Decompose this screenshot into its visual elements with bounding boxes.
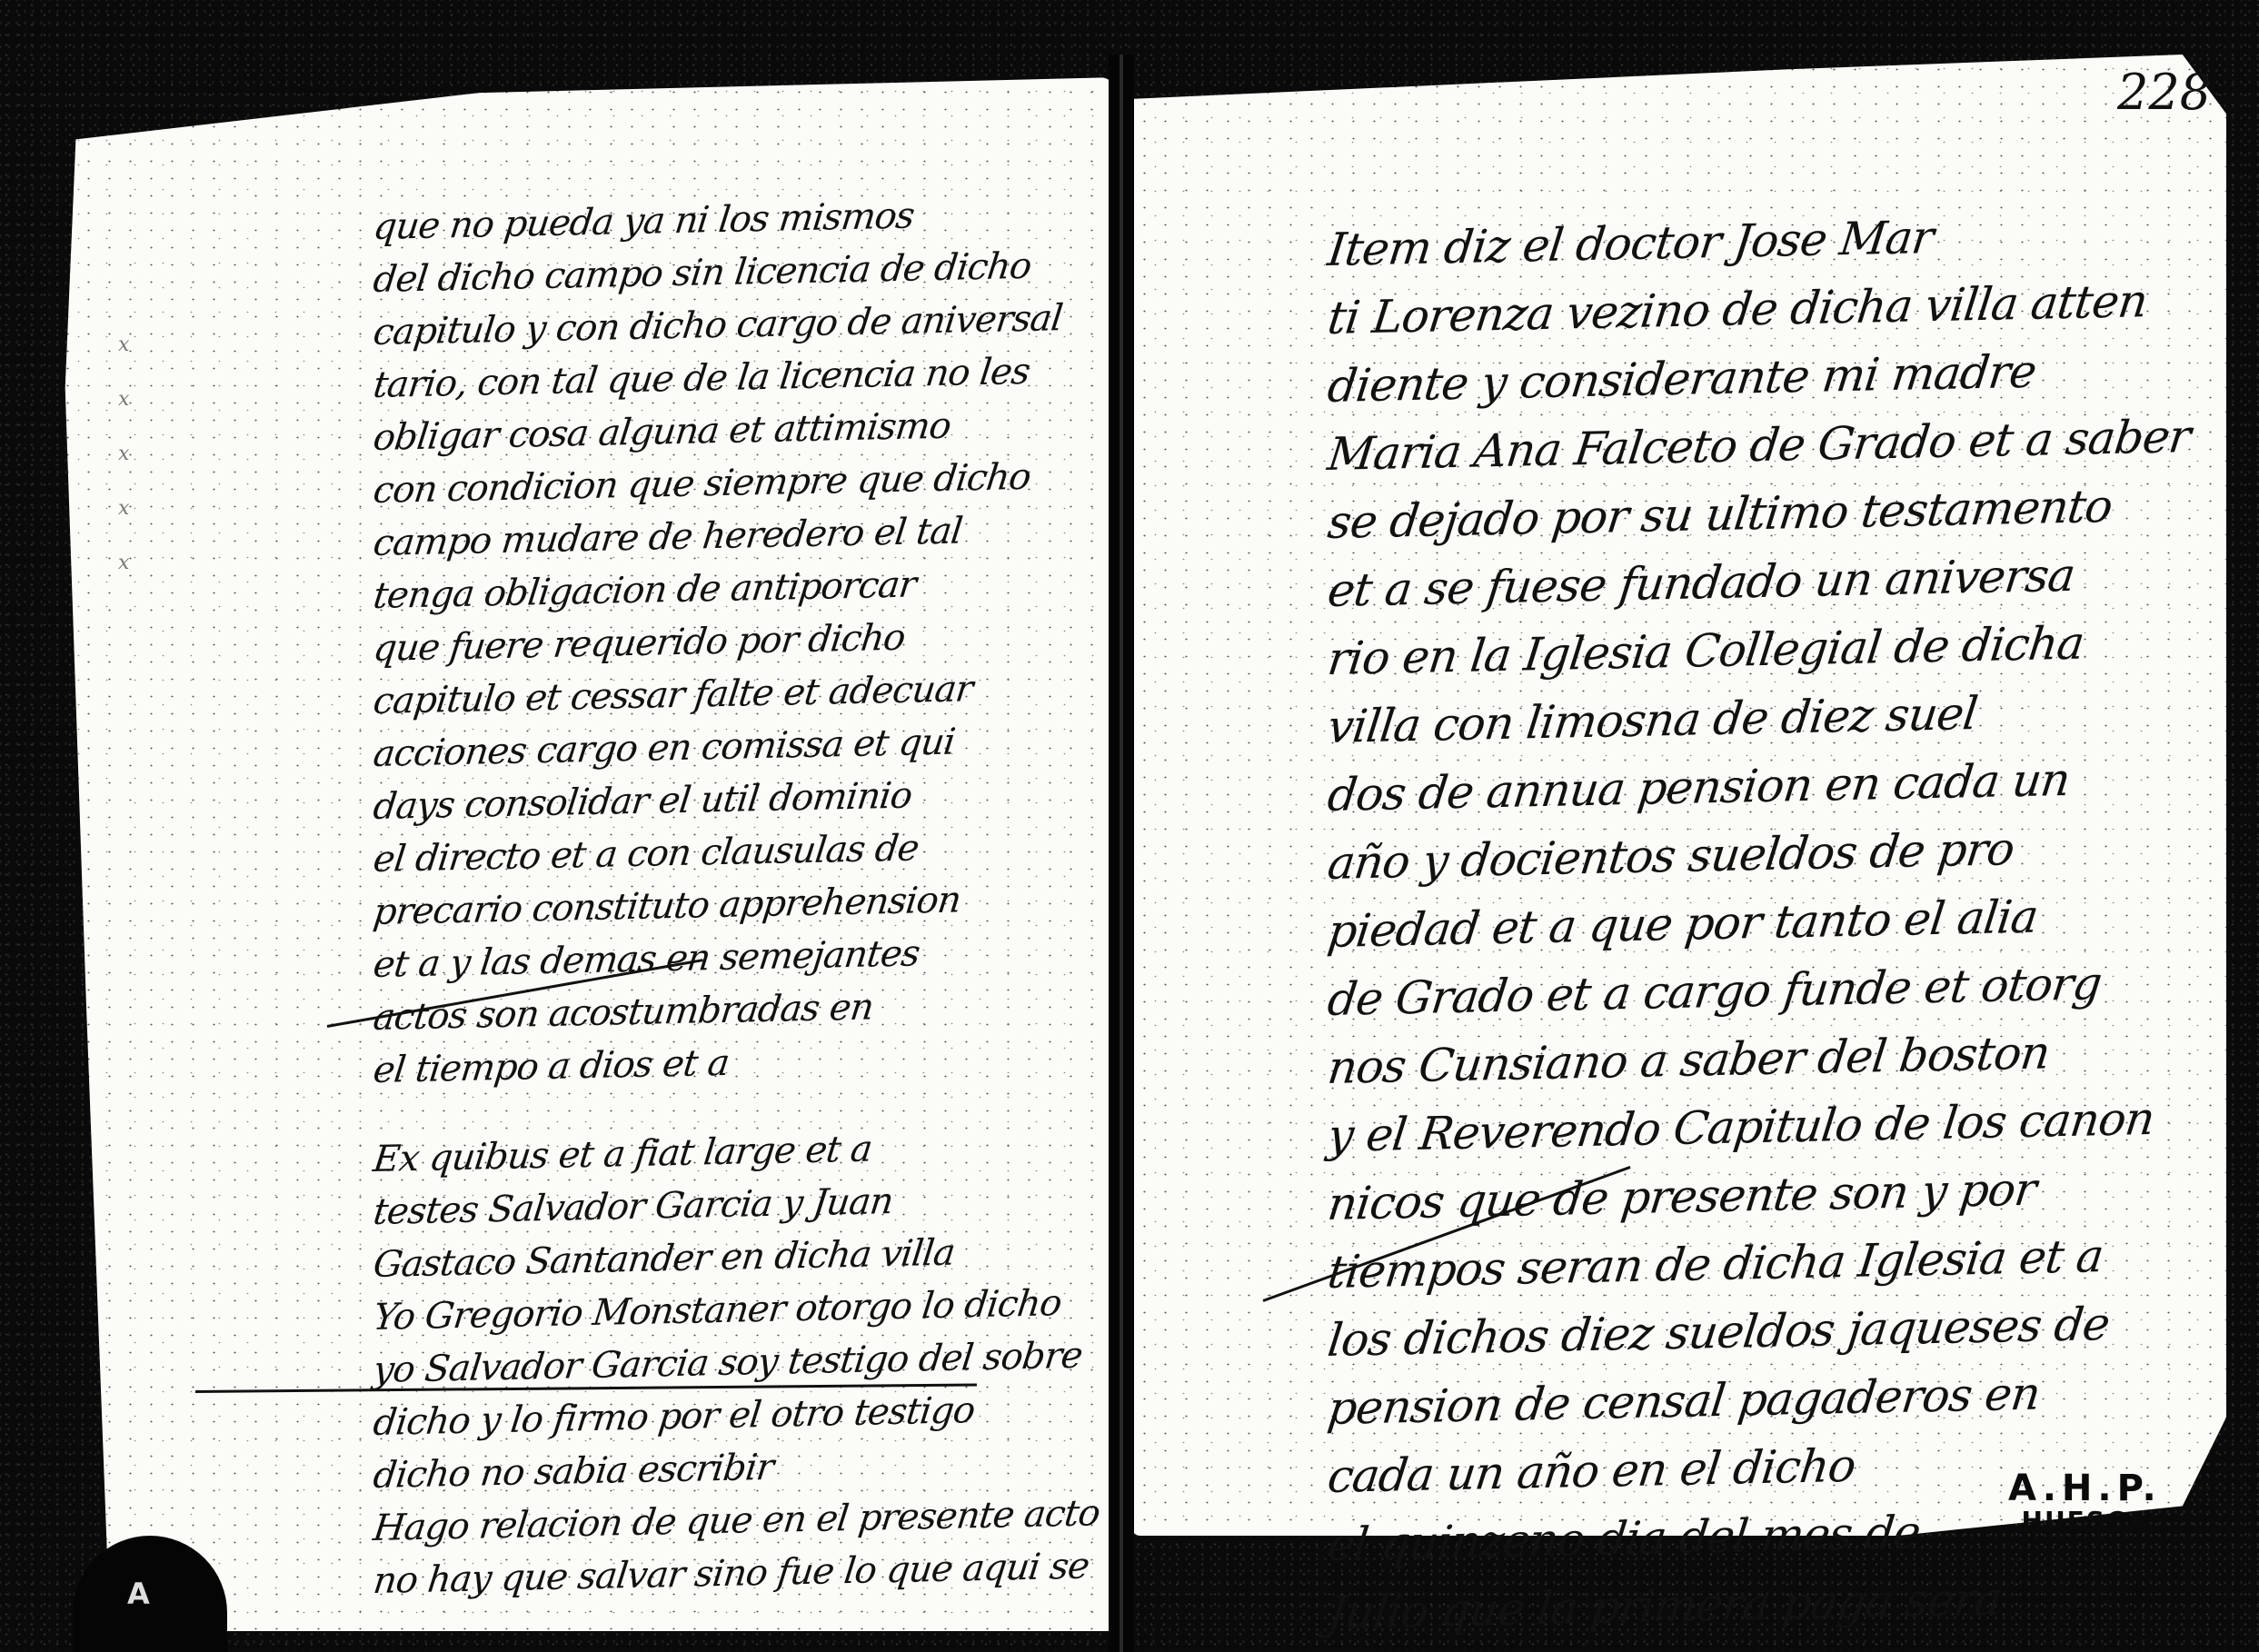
margin-note: x: [118, 482, 300, 536]
margin-note: x: [118, 536, 300, 591]
manuscript-line: no hay que salvar sino fue lo que aqui s…: [370, 1548, 1102, 1616]
margin-note: x: [118, 318, 300, 373]
right-page-text: Item diz el doctor Jose Mar ti Lorenza v…: [1327, 227, 2186, 1652]
left-margin-notes: x x x x x: [118, 318, 300, 591]
archive-stamp-city: HUESCA: [2008, 1506, 2162, 1536]
gutter-fold-line: [1120, 55, 1123, 1652]
left-page-text: que no pueda ya ni los mismos del dicho …: [373, 209, 1097, 1616]
archive-stamp-abbreviation: A.H.P.: [2008, 1468, 2162, 1509]
archive-stamp: A.H.P. HUESCA: [2008, 1468, 2162, 1536]
margin-note: x: [118, 427, 300, 482]
folio-number: 228: [2117, 64, 2211, 121]
manuscript-line: Julio que la primera paga sera: [1323, 1572, 2193, 1652]
margin-note: x: [118, 373, 300, 427]
corner-mark: A: [127, 1577, 150, 1611]
